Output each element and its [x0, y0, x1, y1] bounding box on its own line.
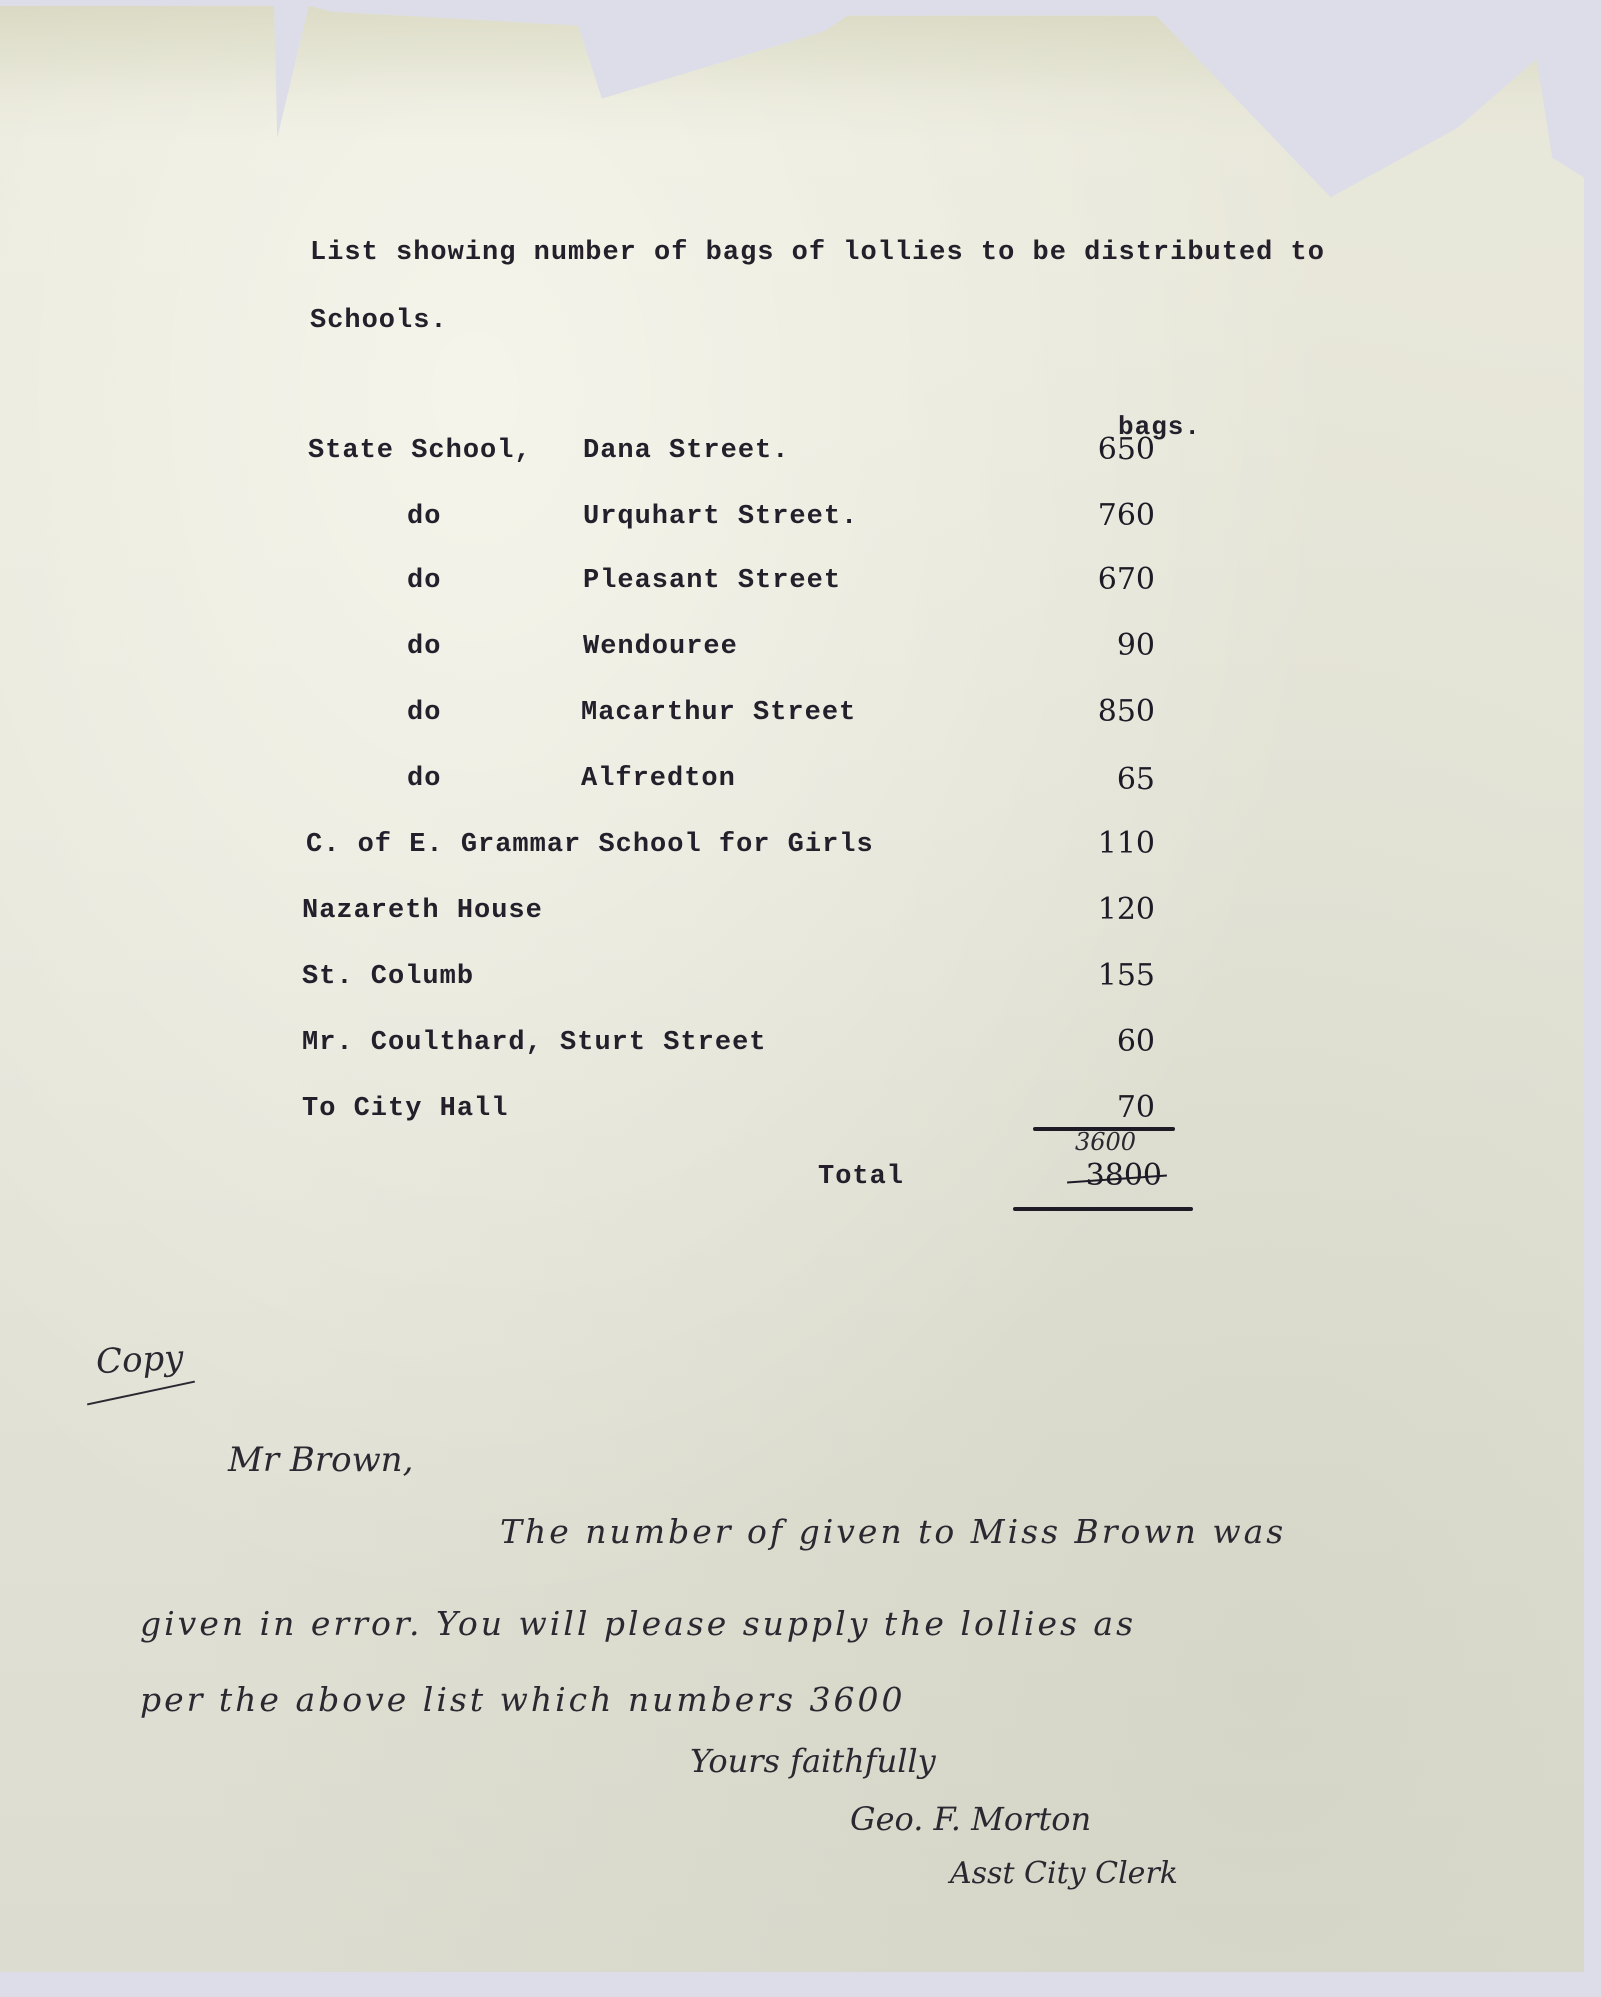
row-bags: 670 — [1035, 562, 1155, 597]
row-bags: 155 — [1035, 958, 1155, 993]
total-label: Total — [818, 1162, 904, 1192]
row-bags: 90 — [1035, 628, 1155, 663]
copy-underline — [87, 1381, 195, 1406]
closing: Yours faithfully — [690, 1742, 936, 1780]
row-bags: 120 — [1035, 892, 1155, 927]
row-name: Mr. Coulthard, Sturt Street — [302, 1028, 766, 1058]
row-bags: 850 — [1035, 694, 1155, 729]
document-title-line2: Schools. — [310, 306, 448, 336]
row-name: Pleasant Street — [583, 566, 841, 596]
salutation: Mr Brown, — [228, 1440, 413, 1480]
signature: Geo. F. Morton — [850, 1800, 1091, 1838]
document-title-line1: List showing number of bags of lollies t… — [310, 238, 1325, 268]
total-double-underline — [1013, 1207, 1193, 1211]
row-name: St. Columb — [302, 962, 474, 992]
row-bags: 70 — [1035, 1090, 1155, 1125]
row-name: Nazareth House — [302, 896, 543, 926]
row-prefix: do — [407, 632, 441, 662]
row-prefix: State School, — [308, 436, 532, 466]
document-page: List showing number of bags of lollies t… — [0, 0, 1584, 1972]
row-name: Wendouree — [583, 632, 738, 662]
row-name: Urquhart Street. — [583, 502, 858, 532]
row-name: C. of E. Grammar School for Girls — [306, 830, 874, 860]
row-name: Macarthur Street — [581, 698, 856, 728]
row-bags: 650 — [1035, 432, 1155, 467]
row-name: Alfredton — [581, 764, 736, 794]
letter-body-line1: The number of given to Miss Brown was — [500, 1512, 1286, 1551]
torn-top-edge — [0, 0, 1584, 140]
signatory-title: Asst City Clerk — [950, 1856, 1178, 1891]
row-bags: 760 — [1035, 498, 1155, 533]
row-prefix: do — [407, 698, 441, 728]
row-bags: 60 — [1035, 1024, 1155, 1059]
row-bags: 65 — [1035, 762, 1155, 797]
row-name: Dana Street. — [583, 436, 789, 466]
row-prefix: do — [407, 764, 441, 794]
row-prefix: do — [407, 502, 441, 532]
letter-body-line3: per the above list which numbers 3600 — [140, 1680, 906, 1719]
copy-mark: Copy — [95, 1338, 184, 1383]
letter-body-line2: given in error. You will please supply t… — [140, 1604, 1136, 1643]
row-prefix: do — [407, 566, 441, 596]
row-name: To City Hall — [302, 1094, 508, 1124]
row-bags: 110 — [1035, 826, 1155, 861]
total-corrected: 3600 — [1075, 1128, 1136, 1156]
